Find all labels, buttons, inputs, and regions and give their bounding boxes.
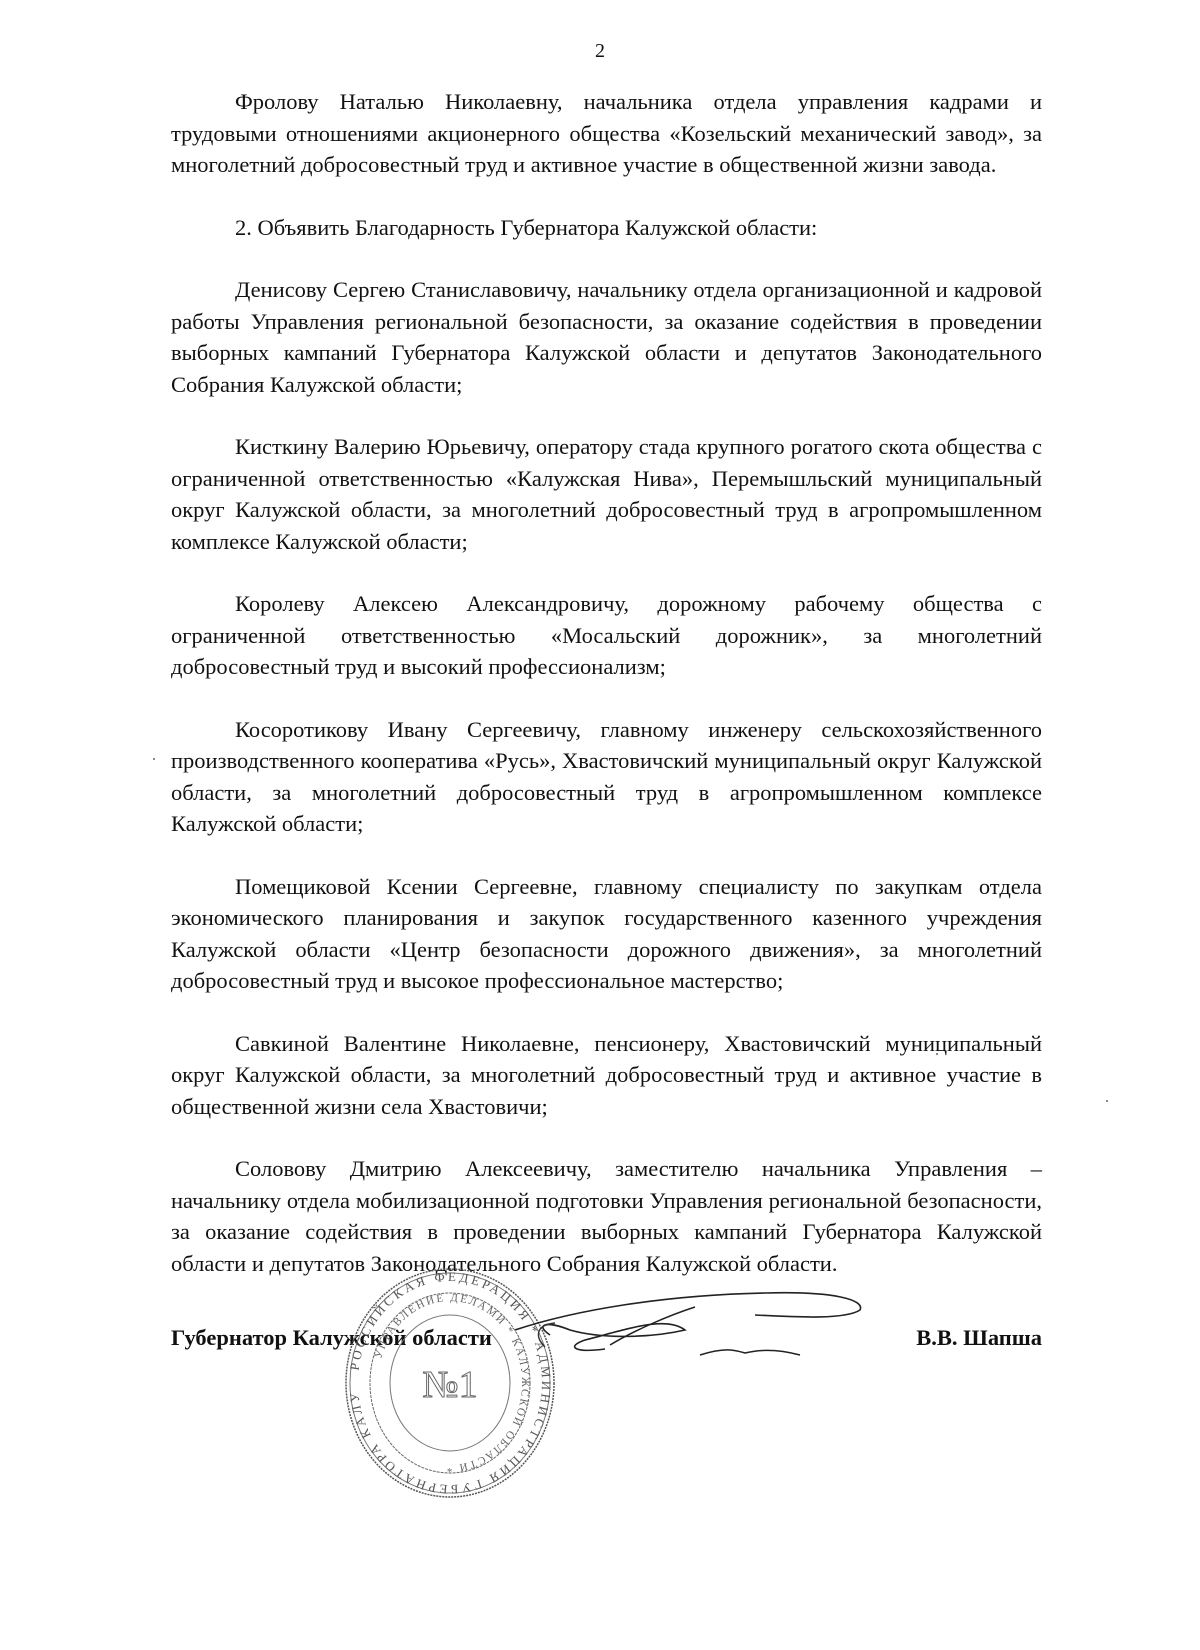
svg-text:РОССИЙСКАЯ ФЕДЕРАЦИЯ * АДМИНИС: РОССИЙСКАЯ ФЕДЕРАЦИЯ * АДМИНИСТРАЦИЯ ГУБ… xyxy=(343,1265,554,1497)
gratitude-paragraph-pomeshchikova: Помещиковой Ксении Сергеевне, главному с… xyxy=(171,871,1042,997)
gratitude-paragraph-kosorotikov: Косоротикову Ивану Сергеевичу, главному … xyxy=(171,714,1042,840)
signatory-title: Губернатор Калужской области xyxy=(171,1325,492,1351)
document-body: Фролову Наталью Николаевну, начальника о… xyxy=(171,86,1042,1279)
section-heading-gratitude: 2. Объявить Благодарность Губернатора Ка… xyxy=(171,212,1042,244)
gratitude-paragraph-korolev: Королеву Алексею Александровичу, дорожно… xyxy=(171,588,1042,683)
award-paragraph-frolova: Фролову Наталью Николаевну, начальника о… xyxy=(171,86,1042,181)
scan-speck xyxy=(153,758,155,760)
signature-block: Губернатор Калужской области В.В. Шапша xyxy=(171,1325,1042,1365)
scan-speck xyxy=(1106,1100,1108,1102)
svg-text:№1: №1 xyxy=(422,1364,477,1406)
gratitude-paragraph-savkina: Савкиной Валентине Николаевне, пенсионер… xyxy=(171,1028,1042,1123)
scan-speck xyxy=(936,1053,938,1055)
official-seal-icon: РОССИЙСКАЯ ФЕДЕРАЦИЯ * АДМИНИСТРАЦИЯ ГУБ… xyxy=(343,1265,558,1500)
signatory-name: В.В. Шапша xyxy=(916,1325,1042,1351)
gratitude-paragraph-kistkin: Кисткину Валерию Юрьевичу, оператору ста… xyxy=(171,431,1042,557)
page-number: 2 xyxy=(0,40,1200,63)
gratitude-paragraph-solovov: Соловову Дмитрию Алексеевичу, заместител… xyxy=(171,1153,1042,1279)
scan-speck xyxy=(627,922,629,924)
document-page: 2 Фролову Наталью Николаевну, начальника… xyxy=(0,0,1200,1650)
svg-text:УПРАВЛЕНИЕ ДЕЛАМИ * КАЛУЖСКОЙ: УПРАВЛЕНИЕ ДЕЛАМИ * КАЛУЖСКОЙ ОБЛАСТИ * xyxy=(372,1292,531,1474)
gratitude-paragraph-denisov: Денисову Сергею Станиславовичу, начальни… xyxy=(171,274,1042,400)
